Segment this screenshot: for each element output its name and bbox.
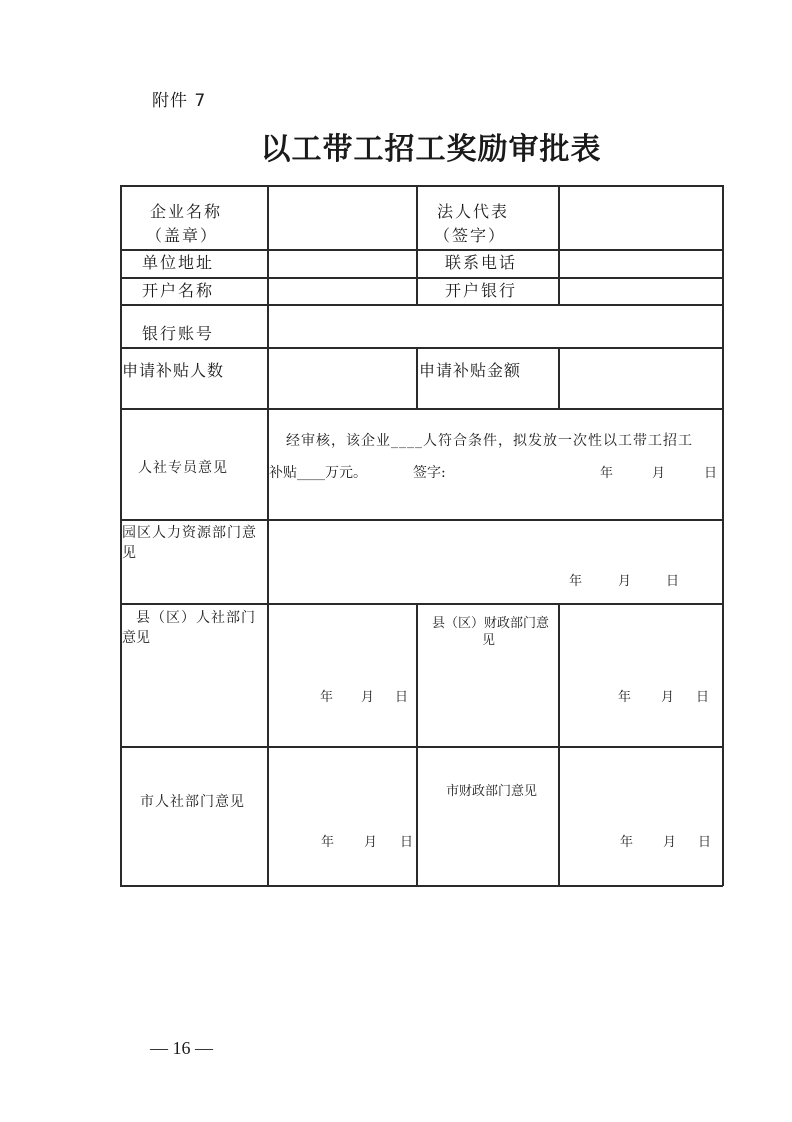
park-hr-label-line2: 见 xyxy=(122,542,136,562)
phone-field[interactable] xyxy=(560,251,721,276)
hr-specialist-text-line2: 补贴____万元。 xyxy=(269,462,367,482)
city-finance-label: 市财政部门意见 xyxy=(446,780,537,799)
table-border xyxy=(722,185,724,886)
legal-rep-field[interactable] xyxy=(560,187,721,248)
company-name-field[interactable] xyxy=(269,187,415,248)
city-hr-label: 市人社部门意见 xyxy=(140,791,245,811)
park-hr-label-line1: 园区人力资源部门意 xyxy=(122,522,257,542)
hr-specialist-label: 人社专员意见 xyxy=(138,457,228,477)
county-hr-label-line2: 意见 xyxy=(122,627,150,647)
company-name-note: （盖章） xyxy=(146,225,218,247)
table-border xyxy=(120,885,723,887)
account-no-label: 银行账号 xyxy=(142,323,214,345)
legal-rep-label: 法人代表 xyxy=(437,201,509,223)
col-divider xyxy=(416,185,418,304)
approval-form-table: 企业名称 （盖章） 法人代表 （签字） 单位地址 联系电话 开户名称 开户银行 … xyxy=(120,185,723,886)
park-hr-opinion-field[interactable] xyxy=(269,521,721,602)
account-no-field[interactable] xyxy=(269,306,721,346)
city-finance-opinion-field[interactable] xyxy=(560,748,721,884)
county-finance-label-line2: 见 xyxy=(482,629,495,648)
city-hr-opinion-field[interactable] xyxy=(269,748,415,884)
address-field[interactable] xyxy=(269,251,415,276)
attachment-label: 附件 7 xyxy=(152,86,206,111)
bank-label: 开户银行 xyxy=(445,280,517,302)
county-hr-label-line1: 县（区）人社部门 xyxy=(136,607,256,627)
page-number: — 16 — xyxy=(150,1038,213,1059)
phone-label: 联系电话 xyxy=(445,252,517,274)
applicants-label: 申请补贴人数 xyxy=(122,360,224,382)
page-title: 以工带工招工奖励审批表 xyxy=(0,124,792,168)
legal-rep-note: （签字） xyxy=(434,225,506,247)
row-divider xyxy=(120,408,723,410)
county-finance-opinion-field[interactable] xyxy=(560,605,721,745)
address-label: 单位地址 xyxy=(142,252,214,274)
account-name-field[interactable] xyxy=(269,279,415,303)
bank-field[interactable] xyxy=(560,279,721,303)
amount-label: 申请补贴金额 xyxy=(419,360,521,382)
col-divider xyxy=(416,603,418,885)
company-name-label: 企业名称 xyxy=(150,201,222,223)
date-month: 月 xyxy=(652,462,665,481)
account-name-label: 开户名称 xyxy=(142,280,214,302)
signature-label: 签字: xyxy=(413,462,446,482)
applicants-field[interactable] xyxy=(269,349,415,407)
col-divider xyxy=(416,347,418,408)
date-day: 日 xyxy=(704,462,717,481)
amount-field[interactable] xyxy=(560,349,721,407)
hr-specialist-text-line1: 经审核，该企业____人符合条件，拟发放一次性以工带工招工 xyxy=(286,430,693,450)
county-hr-opinion-field[interactable] xyxy=(269,605,415,745)
date-year: 年 xyxy=(600,462,613,481)
